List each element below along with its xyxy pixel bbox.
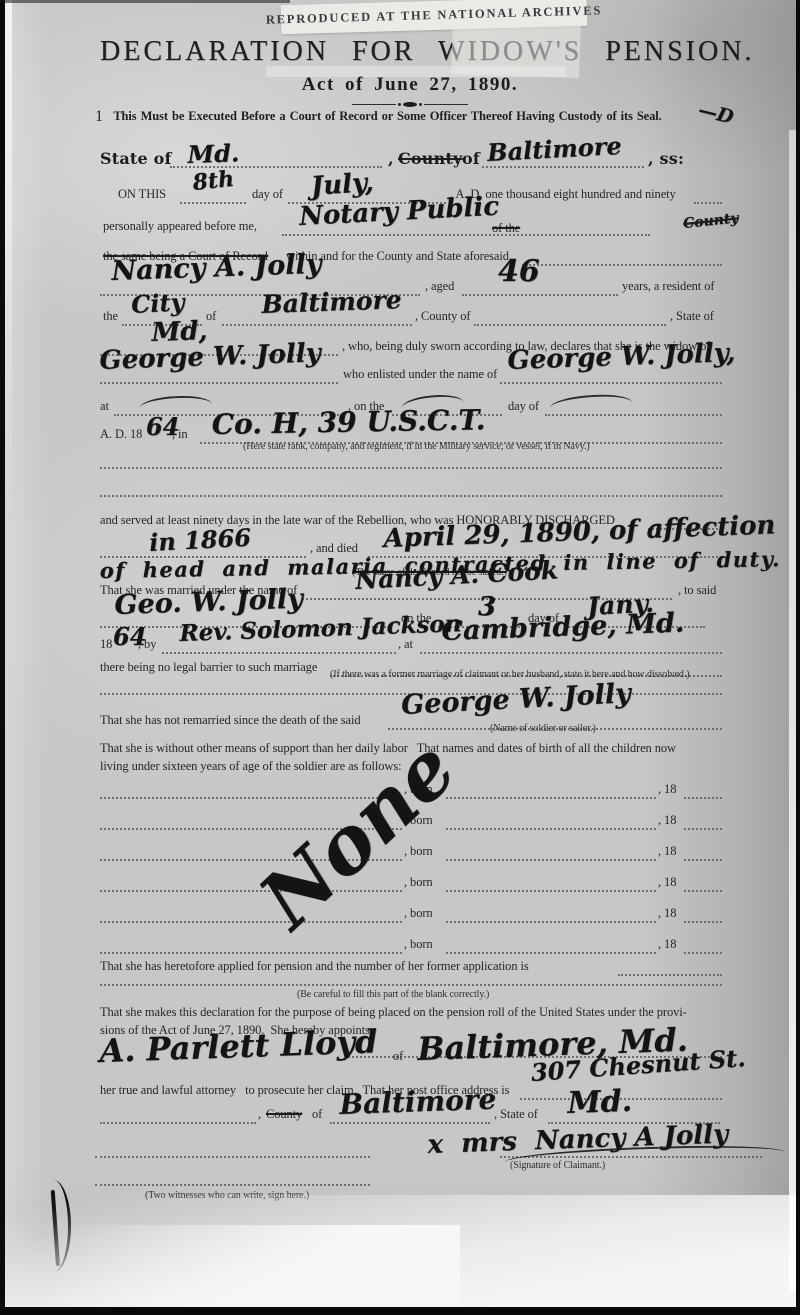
barrier-label: there being no legal barrier to such mar… <box>100 659 317 676</box>
pen-mark-d: —D <box>696 99 736 129</box>
in-label: , in <box>172 426 188 443</box>
year-18-label: , 18 <box>658 905 676 922</box>
dotted-line <box>446 781 656 799</box>
born-label: , born <box>404 905 433 922</box>
scanned-page: REPRODUCED AT THE NATIONAL ARCHIVES DECL… <box>0 0 800 1315</box>
state-of-label: State of <box>100 150 172 168</box>
dotted-line <box>100 1106 256 1124</box>
day-of-label: day of <box>252 186 283 203</box>
film-edge-bottom <box>0 1307 800 1315</box>
year-18-label: , 18 <box>658 843 676 860</box>
soldier-sailor-note: (Name of soldier or sailor.) <box>490 723 596 735</box>
enlisted-label: who enlisted under the name of <box>343 366 497 383</box>
dotted-line <box>446 936 656 954</box>
divider-dot <box>419 103 422 106</box>
month-value: July, <box>310 168 375 202</box>
dotted-line <box>684 781 722 799</box>
18-label: 18 <box>100 636 112 653</box>
dotted-line <box>684 874 722 892</box>
ss-label: , ss: <box>648 150 684 168</box>
state-of-label: , State of <box>494 1106 538 1123</box>
comma: , <box>258 1106 261 1123</box>
appeared-label: personally appeared before me, <box>103 218 257 235</box>
divider-line <box>352 104 396 105</box>
dotted-line <box>684 812 722 830</box>
of-label: of <box>206 308 216 325</box>
careful-note: (Be careful to fill this part of the bla… <box>297 989 489 1001</box>
film-edge-left-light <box>5 0 12 520</box>
dotted-line <box>684 905 722 923</box>
act-subtitle: Act of June 27, 1890. <box>100 74 720 96</box>
at-label: , at <box>398 636 413 653</box>
comma: , <box>388 150 394 168</box>
of-label: of <box>312 1106 322 1123</box>
execution-note: This Must be Executed Before a Court of … <box>100 109 675 124</box>
city-value: City <box>130 287 185 319</box>
divider-dot <box>398 103 401 106</box>
day-of-label: day of <box>508 398 539 415</box>
witnesses-note: (Two witnesses who can write, sign here.… <box>145 1190 309 1202</box>
by-label: , by <box>138 636 156 653</box>
film-edge-top <box>0 0 290 3</box>
document-title: DECLARATION FOR WIDOW'S PENSION. <box>100 36 740 68</box>
ornament-divider <box>352 100 468 108</box>
film-edge-right-light <box>789 130 796 1290</box>
county-of-label: , County of <box>415 308 471 325</box>
county-of-label-struck: County <box>398 150 463 168</box>
year-18-label: , 18 <box>658 936 676 953</box>
state-of-label: , State of <box>670 308 714 325</box>
age-value: 46 <box>498 254 540 289</box>
dotted-line <box>474 308 666 326</box>
of-the-struck: of the <box>492 220 520 237</box>
born-label: , born <box>404 874 433 891</box>
dotted-line <box>446 843 656 861</box>
dotted-line <box>684 936 722 954</box>
divider-lens <box>403 102 417 107</box>
county-scrawl: County <box>682 210 739 232</box>
of-label: of <box>462 150 480 168</box>
document-number-value: 4126-43-9 <box>596 1267 766 1309</box>
dotted-line <box>100 905 402 923</box>
dotted-line <box>100 968 722 986</box>
the-label: the <box>103 308 118 325</box>
of-label: of <box>393 1048 403 1065</box>
signature-note: (Signature of Claimant.) <box>510 1160 605 1172</box>
dotted-line <box>684 843 722 861</box>
resident-label: years, a resident of <box>622 278 714 295</box>
at-label: at <box>100 398 109 415</box>
born-label: , born <box>404 936 433 953</box>
state-value: Md. <box>187 138 240 169</box>
unit-value: Co. H, 39 U.S.C.T. <box>211 403 485 441</box>
film-edge-right <box>796 0 800 1315</box>
dotted-line <box>95 1140 370 1158</box>
discharge-year-value: in 1866 <box>148 523 251 557</box>
divider-line <box>424 104 468 105</box>
dotted-line <box>100 479 722 497</box>
dotted-line <box>446 905 656 923</box>
year-18-label: , 18 <box>658 812 676 829</box>
husband-name-value: Geo. W. Jolly <box>114 583 303 621</box>
dotted-line <box>694 186 722 204</box>
day-value: 8th <box>191 166 235 196</box>
year-18-label: , 18 <box>658 874 676 891</box>
claimant-state-value: Md. <box>567 1084 633 1121</box>
dotted-line <box>95 1168 370 1186</box>
dotted-line <box>446 812 656 830</box>
dotted-line <box>446 874 656 892</box>
not-remarried-label: That she has not remarried since the dea… <box>100 712 360 729</box>
on-this-label: ON THIS <box>118 186 166 203</box>
dotted-line <box>100 451 722 469</box>
declaration-label-1: That she makes this declaration for the … <box>100 1004 687 1021</box>
aged-label: , aged <box>425 278 454 295</box>
residence-city-value: Baltimore <box>261 285 402 319</box>
ad-18-label: A. D. 18 <box>100 426 142 443</box>
year-18-label: , 18 <box>658 781 676 798</box>
claimant-county-value: Baltimore <box>339 1083 497 1121</box>
dotted-line <box>100 936 402 954</box>
dotted-line <box>462 278 618 296</box>
to-said-label: , to said <box>678 582 716 599</box>
county-label-struck: County <box>266 1106 302 1123</box>
dotted-line <box>522 248 722 266</box>
